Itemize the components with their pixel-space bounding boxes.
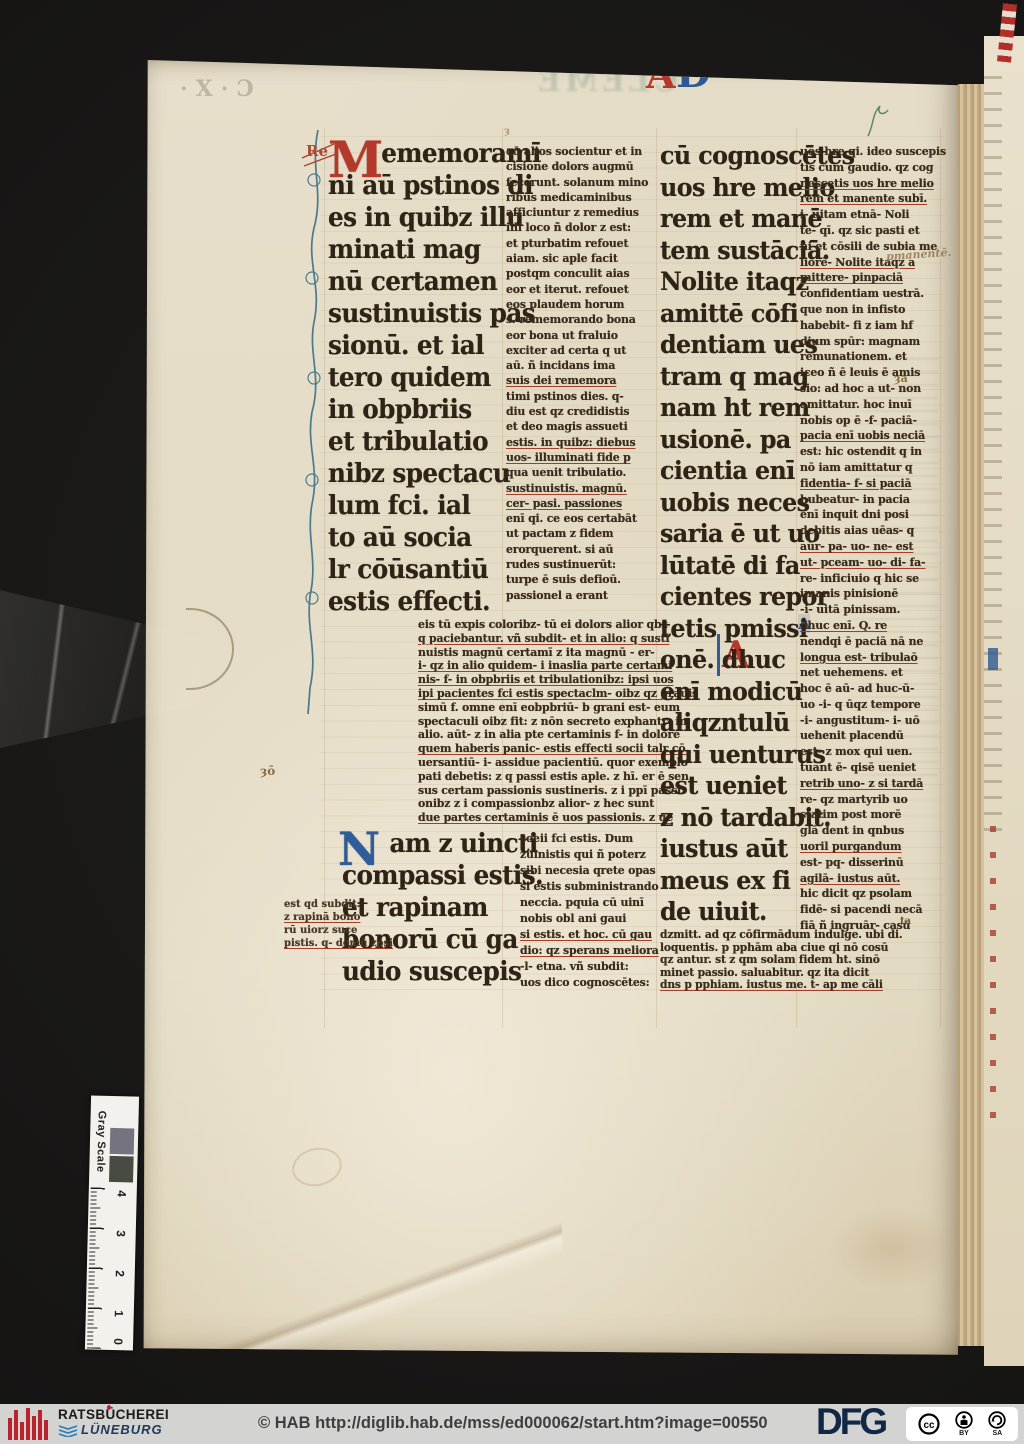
- gloss-block-bottom-right: dzmitt. ad qz cōfirmādum indulge. ubi di…: [660, 928, 915, 991]
- ruler-number: 3: [112, 1230, 128, 1237]
- cc-by-label: BY: [959, 1430, 969, 1437]
- text-line: i- qz in alio quidem- i inaslia parte ce…: [418, 659, 698, 673]
- text-line: estis. in quibz: diebus: [506, 435, 648, 450]
- text-line: eor et iterut. refouet: [506, 282, 648, 297]
- ruler-title: Gray Scale: [90, 1099, 108, 1183]
- text-line: nuistis magnū certamī z ita magnū - er-: [418, 646, 698, 660]
- text-line: erorquerent. si aū: [506, 542, 648, 557]
- text-line: z rapinā bono: [284, 911, 393, 924]
- text-line: rudes sustinuerūt:: [506, 557, 648, 572]
- gloss-column-outer-right: uos hre qi. ideo suscepistis cum gaudio.…: [800, 144, 954, 934]
- parchment-wrinkle: [142, 1208, 562, 1358]
- ruler-number: 4: [113, 1190, 129, 1197]
- text-line: noscetis uos hre melio: [800, 176, 946, 192]
- text-line: due partes certaminis ē uos passionis. z…: [418, 811, 698, 825]
- text-line: pacia enī uobis neciā: [800, 428, 946, 444]
- text-line: net uehemens. et: [800, 665, 946, 681]
- stain-ring: [289, 1143, 346, 1191]
- cc-sa-label: SA: [992, 1430, 1002, 1437]
- text-line: que non in infisto: [800, 302, 946, 318]
- text-line: est- pq- disserinū: [800, 855, 946, 871]
- text-line: nendqi ē paciā nā ne: [800, 634, 946, 650]
- facing-page-text-edge: [984, 76, 1002, 836]
- text-line: re- qz martyrib uo: [800, 792, 946, 808]
- text-line: retrib uno- z si tardā: [800, 776, 946, 792]
- text-line: fecerunt. solanum mino: [506, 175, 648, 190]
- text-line: te- qī. qz sic pasti et: [800, 223, 946, 239]
- tiny-margin-mark: ȝa: [894, 372, 908, 385]
- text-line: eor bona ut fraluio: [506, 328, 648, 343]
- text-line: passionel a erant: [506, 588, 648, 603]
- page-stack-edge: [958, 84, 986, 1346]
- text-line: mittere- pinpaciā: [800, 270, 946, 286]
- text-line: aiam. sic aple facit: [506, 251, 648, 266]
- text-line: s. rememorando bona: [506, 312, 648, 327]
- text-line: tis cum gaudio. qz cog: [800, 160, 946, 176]
- text-line: cū alios socientur et in: [506, 144, 648, 159]
- cc-sa-icon: SA: [988, 1411, 1006, 1437]
- text-line: eos plaudem horum: [506, 297, 648, 312]
- text-line: enī qi. ce eos certabāt: [506, 511, 648, 526]
- text-line: ipi pacientes fci estis spectaclm- oibz …: [418, 687, 698, 701]
- text-line: est qd subdit:: [284, 898, 393, 911]
- text-line: habebit- fi z iam hf: [800, 318, 946, 334]
- green-sprig-ornament: [864, 102, 894, 138]
- text-line: enī inquit dni posi: [800, 507, 946, 523]
- text-line: debitis aias uēas- q: [800, 523, 946, 539]
- text-line: pati debetis: z q passi estis aple. z hī…: [418, 770, 698, 784]
- text-line: iceo ñ ē leuis ē amis: [800, 365, 946, 381]
- text-line: dio: qz sperans meliora: [520, 942, 659, 958]
- text-line: rū uiorz suce: [284, 924, 393, 937]
- text-line: pistis. q- domū zpsi: [284, 937, 393, 950]
- text-line: nis- f- in obpbriis et tribulationibz: i…: [418, 673, 698, 687]
- text-line: est- z mox qui uen.: [800, 744, 946, 760]
- text-line: nobis obl ani gaui: [520, 910, 659, 926]
- manuscript-page: CLEME A D M N A A ememoramīni aū pstinos…: [142, 58, 962, 1360]
- cc-license-badge[interactable]: cc BY SA: [906, 1407, 1018, 1441]
- text-line: spectaculi oibz fit: z nōn secreto expha…: [418, 715, 698, 729]
- text-line: turpe ē suis defioū.: [506, 572, 648, 587]
- cc-by-icon: BY: [955, 1411, 973, 1437]
- ruler-number: 1: [110, 1310, 126, 1317]
- text-line: timi pstinos dies. q-: [506, 389, 648, 404]
- text-line: confidentiam uestrā.: [800, 286, 946, 302]
- text-line: sus certam passionis sustineris. z i ppī…: [418, 784, 698, 798]
- text-line: -i- uitā pinissam.: [800, 602, 946, 618]
- text-line: hubeatur- in pacia: [800, 492, 946, 508]
- text-line: imanis pinisionē: [800, 586, 946, 602]
- cc-icon: cc: [918, 1413, 940, 1435]
- text-line: uos hre qi. ideo suscepis: [800, 144, 946, 160]
- text-line: ribus medicaminibus: [506, 190, 648, 205]
- text-line: agilā- iustus aūt.: [800, 871, 946, 887]
- copyright-url-link[interactable]: © HAB http://diglib.hab.de/mss/ed000062/…: [258, 1414, 798, 1433]
- svg-text:cc: cc: [923, 1420, 935, 1431]
- text-line: quem haberis panic- estis effecti socii …: [418, 742, 698, 756]
- text-line: re- inficiuio q hic se: [800, 571, 946, 587]
- text-line: neccia. pquia cū uinī: [520, 894, 659, 910]
- text-line: uo -i- q ūqz tempore: [800, 697, 946, 713]
- folio-mark: Re: [306, 142, 328, 160]
- text-line: qua uenit tribulatio.: [506, 465, 648, 480]
- text-line: dium spūr: magnam: [800, 334, 946, 350]
- text-line: et deo magis assueti: [506, 419, 648, 434]
- tiny-margin-mark: ȝō: [260, 764, 275, 778]
- ruler-ticks-major: [87, 1187, 105, 1348]
- text-line: am z uincti: [342, 828, 543, 860]
- library-city: LÜNEBURG: [81, 1422, 163, 1437]
- text-line: glā dent in qnbus: [800, 823, 946, 839]
- text-line: uoril purgandum: [800, 839, 946, 855]
- text-line: remunationem. et: [800, 349, 946, 365]
- facing-page-red-ornament: [990, 826, 996, 1126]
- gloss-block-middle-bottom: soeii fci estis. Dumzuinistis qui ñ pote…: [520, 830, 666, 990]
- text-line: sustinuistis. magnū.: [506, 481, 648, 496]
- text-line: tuant ē- qisē ueniet: [800, 760, 946, 776]
- text-line: onibz z i compassionbz alior- z hec sunt: [418, 797, 698, 811]
- text-line: si estis. et hoc. cū gau: [520, 926, 659, 942]
- text-line: si estis subministrando: [520, 878, 659, 894]
- text-line: fidē- si pacendi necā: [800, 902, 946, 918]
- gloss-column-inner-left: cū alios socientur et incisione dolors a…: [506, 144, 656, 603]
- text-line: rem et manente subī.: [800, 191, 946, 207]
- ratsbuecherei-bars-logo: [8, 1408, 52, 1440]
- digitized-manuscript-viewer: CLEME A D M N A A ememoramīni aū pstinos…: [0, 0, 1024, 1444]
- text-line: hic dicit qz psolam: [800, 886, 946, 902]
- grayscale-ruler: Gray Scale 4 3 2 1 0: [85, 1095, 139, 1350]
- text-line: dhuc enī. Q. re: [800, 618, 946, 634]
- text-line: afficiuntur z remedius: [506, 205, 648, 220]
- text-line: et pturbatim refouet: [506, 236, 648, 251]
- ruler-number: 0: [109, 1338, 125, 1345]
- dfg-logo[interactable]: DFG: [816, 1401, 885, 1443]
- text-line: amittatur. hoc inuī: [800, 397, 946, 413]
- text-line: zuinistis qui ñ poterz: [520, 846, 659, 862]
- tiny-margin-mark: ȝ: [504, 126, 510, 137]
- text-line: diu est qz credidistis: [506, 404, 648, 419]
- text-line: uehenit placendū: [800, 728, 946, 744]
- text-line: -i- angustitum- i- uō: [800, 713, 946, 729]
- text-line: sibi necesia qrete opas: [520, 862, 659, 878]
- gray-swatch-mid: [110, 1128, 135, 1155]
- text-line: eis tū expis coloribz- tū ei dolors alio…: [418, 618, 698, 632]
- text-line: hoc ē aū- ad huc-ū-: [800, 681, 946, 697]
- text-line: cisione dolors augmū: [506, 159, 648, 174]
- tiny-margin-mark: ta: [900, 916, 911, 927]
- text-line: statim post morē: [800, 807, 946, 823]
- text-line: aūr- pa- uo- ne- est: [800, 539, 946, 555]
- text-line: dns p pphiam. iustus me. t- ap me cāli: [660, 978, 902, 991]
- text-line: i- uitam etnā- Noli: [800, 207, 946, 223]
- waves-icon: [58, 1423, 78, 1437]
- text-line: ut pactam z fidem: [506, 526, 648, 541]
- ruler-number: 2: [111, 1270, 127, 1277]
- text-line: aū. ñ incidans ima: [506, 358, 648, 373]
- text-line: alio. aūt- z in alia pte certaminis f- i…: [418, 728, 698, 742]
- text-line: soeii fci estis. Dum: [520, 830, 659, 846]
- gray-swatch-white: [110, 1100, 135, 1127]
- text-line: longua est- tribulaō: [800, 650, 946, 666]
- text-line: suis dei rememora: [506, 373, 648, 388]
- text-line: sio: ad hoc a ut- non: [800, 381, 946, 397]
- text-line: est: hic ostendit q in: [800, 444, 946, 460]
- text-line: cer- pasi. passiones: [506, 496, 648, 511]
- text-line: uos- illuminati fide p: [506, 450, 648, 465]
- text-line: ut- pceam- uo- di- fa-: [800, 555, 946, 571]
- text-line: q paciebantur. vñ subdit- et in alio: q …: [418, 632, 698, 646]
- text-line: uos dico cognoscētes:: [520, 974, 659, 990]
- pencil-corner-mark: ·X·Ɔ: [180, 76, 262, 102]
- text-line: nō iam amittatur q: [800, 460, 946, 476]
- text-line: uersantiū- i- assidue pacientiū. quor ex…: [418, 756, 698, 770]
- text-line: fidentia- f- si paciā: [800, 476, 946, 492]
- facing-page-blue-initial: [988, 648, 998, 670]
- parchment-stain: [802, 1188, 982, 1308]
- viewer-footer: RATSBÜCHEREI LÜNEBURG © HAB http://digli…: [0, 1404, 1024, 1444]
- text-line: illi loco ñ dolor z est:: [506, 220, 648, 235]
- library-name: RATSBÜCHEREI: [58, 1407, 169, 1422]
- text-line: simū f. omne enī eobpbriū- b grani est- …: [418, 701, 698, 715]
- text-line: exciter ad certa q ut: [506, 343, 648, 358]
- text-line: postqm conculit aias: [506, 266, 648, 281]
- text-line: -l- etna. vñ subdit:: [520, 958, 659, 974]
- text-line: nobis op ē -f- paciā-: [800, 413, 946, 429]
- text-line: compassi estis.: [342, 860, 543, 892]
- facing-page-sliver: [984, 36, 1024, 1366]
- gray-swatch-dark: [109, 1156, 134, 1183]
- margin-note-left: est qd subdit:z rapinā bonorū uiorz suce…: [284, 898, 399, 950]
- text-line: udio suscepis: [342, 956, 543, 988]
